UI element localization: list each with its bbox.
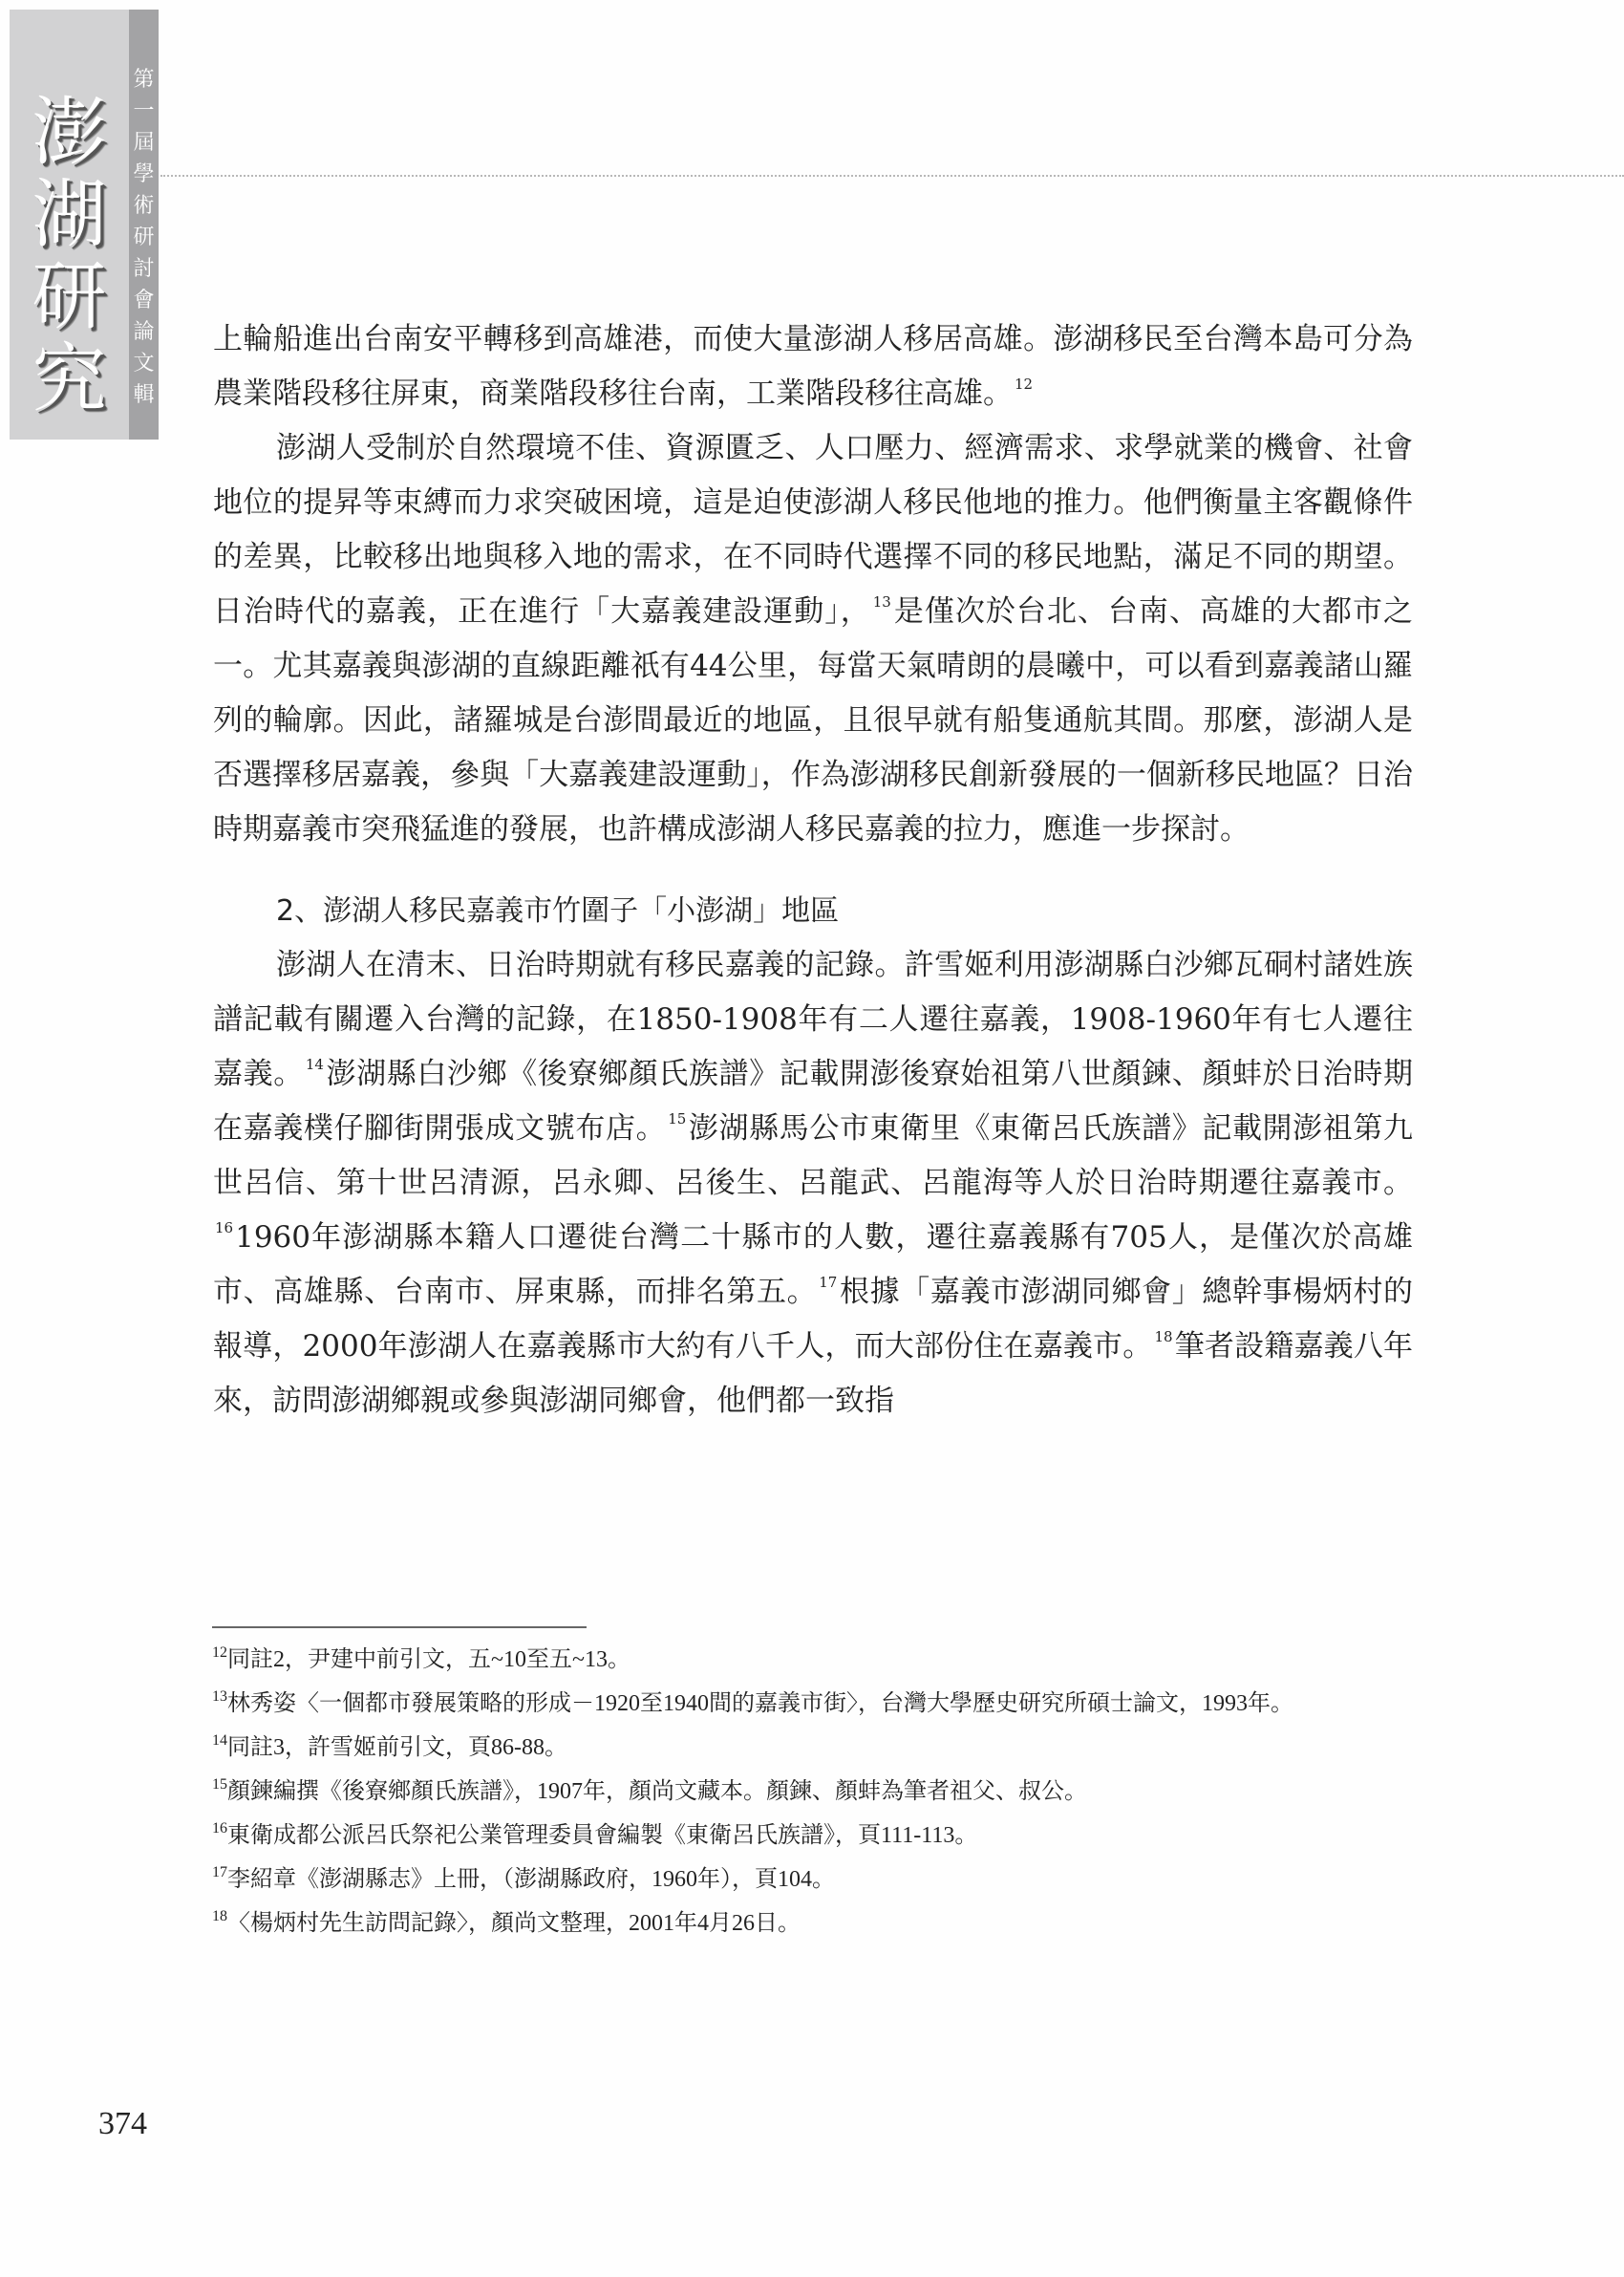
footnotes: 12同註2，尹建中前引文，五~10至五~13。 13林秀姿〈一個都市發展策略的形… [212,1642,1416,1949]
footnote-number: 14 [212,1732,227,1749]
page-number: 374 [98,2106,147,2142]
footnote-ref-14[interactable]: 14 [306,1056,324,1073]
footnote-number: 18 [212,1908,227,1924]
footnote-number: 15 [212,1776,227,1793]
paragraph-text: 上輪船進出台南安平轉移到高雄港，而使大量澎湖人移居高雄。澎湖移民至台灣本島可分為… [213,322,1413,411]
footnote-number: 13 [212,1688,227,1705]
footnote-13: 13林秀姿〈一個都市發展策略的形成－1920至1940間的嘉義市街〉，台灣大學歷… [212,1686,1416,1722]
subtitle-char: 研 [133,222,154,253]
footnote-separator [212,1626,587,1628]
subtitle-char: 輯 [133,379,154,411]
paragraph-1: 上輪船進出台南安平轉移到高雄港，而使大量澎湖人移居高雄。澎湖移民至台灣本島可分為… [213,312,1413,421]
header-dotted-rule [160,175,1624,177]
footnote-ref-15[interactable]: 15 [668,1110,686,1128]
footnote-ref-13[interactable]: 13 [873,593,891,611]
footnote-14: 14同註3，許雪姬前引文，頁86-88。 [212,1729,1416,1766]
footnote-18: 18〈楊炳村先生訪問記錄〉，顏尚文整理，2001年4月26日。 [212,1905,1416,1942]
subtitle-char: 會 [133,285,154,316]
footnote-text: 李紹章《澎湖縣志》上冊，（澎湖縣政府，1960年），頁104。 [227,1867,835,1892]
footnote-ref-12[interactable]: 12 [1015,376,1033,393]
subtitle-char: 討 [133,253,154,285]
footnote-16: 16東衛成都公派呂氏祭祀公業管理委員會編製《東衛呂氏族譜》，頁111-113。 [212,1817,1416,1854]
subtitle-char: 第 [133,64,154,96]
subtitle-char: 文 [133,348,154,379]
footnote-text: 同註2，尹建中前引文，五~10至五~13。 [227,1647,630,1672]
journal-subtitle-strip: 第 一 屆 學 術 研 討 會 論 文 輯 [129,10,159,440]
footnote-text: 同註3，許雪姬前引文，頁86-88。 [227,1735,567,1760]
subtitle-char: 學 [133,159,154,190]
section-heading: 2、澎湖人移民嘉義市竹圍子「小澎湖」地區 [276,884,1413,938]
footnote-number: 12 [212,1644,227,1661]
subtitle-char: 術 [133,190,154,222]
subtitle-char: 論 [133,316,154,348]
journal-title-char: 澎 [32,92,106,174]
footnote-text: 東衛成都公派呂氏祭祀公業管理委員會編製《東衛呂氏族譜》，頁111-113。 [227,1823,977,1848]
footnote-number: 17 [212,1864,227,1880]
paragraph-2: 澎湖人受制於自然環境不佳、資源匱乏、人口壓力、經濟需求、求學就業的機會、社會地位… [213,421,1413,857]
footnote-ref-17[interactable]: 17 [819,1274,837,1291]
footnote-text: 顏鍊編撰《後寮鄉顏氏族譜》，1907年，顏尚文藏本。顏鍊、顏蚌為筆者祖父、叔公。 [227,1779,1087,1804]
subtitle-char: 一 [133,96,154,127]
footnote-text: 〈楊炳村先生訪問記錄〉，顏尚文整理，2001年4月26日。 [227,1911,801,1936]
journal-title-block: 澎 湖 研 究 [10,10,129,440]
paragraph-text: 是僅次於台北、台南、高雄的大都市之一。尤其嘉義與澎湖的直線距離祇有44公里，每當… [213,594,1413,847]
footnote-ref-18[interactable]: 18 [1154,1328,1172,1345]
footnote-12: 12同註2，尹建中前引文，五~10至五~13。 [212,1642,1416,1678]
footnote-number: 16 [212,1820,227,1837]
footnote-ref-16[interactable]: 16 [215,1219,233,1236]
body-text: 上輪船進出台南安平轉移到高雄港，而使大量澎湖人移居高雄。澎湖移民至台灣本島可分為… [213,312,1413,1428]
paragraph-3: 澎湖人在清末、日治時期就有移民嘉義的記錄。許雪姬利用澎湖縣白沙鄉瓦硐村諸姓族譜記… [213,938,1413,1428]
footnote-text: 林秀姿〈一個都市發展策略的形成－1920至1940間的嘉義市街〉，台灣大學歷史研… [227,1691,1293,1716]
journal-title-char: 研 [32,256,106,338]
running-header-band: 澎 湖 研 究 第 一 屆 學 術 研 討 會 論 文 輯 [10,10,159,440]
journal-title-char: 究 [32,338,106,420]
subtitle-char: 屆 [133,127,154,159]
journal-title-char: 湖 [32,174,106,256]
footnote-17: 17李紹章《澎湖縣志》上冊，（澎湖縣政府，1960年），頁104。 [212,1861,1416,1898]
footnote-15: 15顏鍊編撰《後寮鄉顏氏族譜》，1907年，顏尚文藏本。顏鍊、顏蚌為筆者祖父、叔… [212,1773,1416,1810]
